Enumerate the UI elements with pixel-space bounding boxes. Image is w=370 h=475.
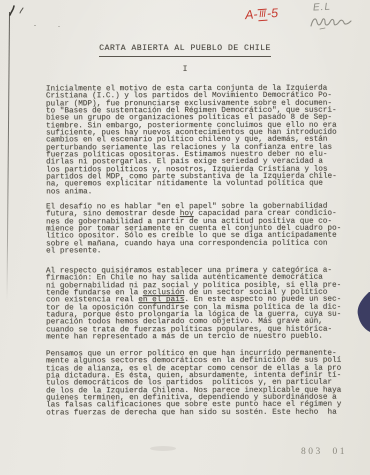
document-title: CARTA ABIERTA AL PUEBLO DE CHILE (0, 44, 370, 57)
pencil-initials: E.L (313, 2, 332, 14)
document-title-text: CARTA ABIERTA AL PUEBLO DE CHILE (99, 44, 271, 57)
paragraph-1: Inicialmente el motivo de esta carta con… (46, 86, 337, 197)
section-numeral: I (0, 65, 370, 74)
paragraph-3: Al respecto quisiéramos establecer una p… (46, 268, 341, 342)
scanned-document-page: A-III-5 E.L CARTA ABIERTA AL PUEBLO DE C… (0, 0, 370, 475)
red-code-prefix: A- (245, 7, 258, 22)
signature-scribble (308, 13, 354, 31)
red-code-suffix: -5 (266, 6, 278, 21)
archival-code-red-ink: A-III-5 (245, 6, 279, 22)
page-number-stamp: 803 01 (301, 447, 347, 457)
paper-smudge (150, 446, 176, 451)
paper-speck (34, 25, 36, 26)
paper-speck (58, 26, 60, 27)
paragraph-2: El desafío no es hablar "en el papel" so… (46, 204, 341, 256)
paragraph-4: Pensamos que un error político en que ha… (46, 351, 341, 418)
pen-mark (7, 3, 37, 19)
ink-stain-blob (350, 290, 370, 334)
